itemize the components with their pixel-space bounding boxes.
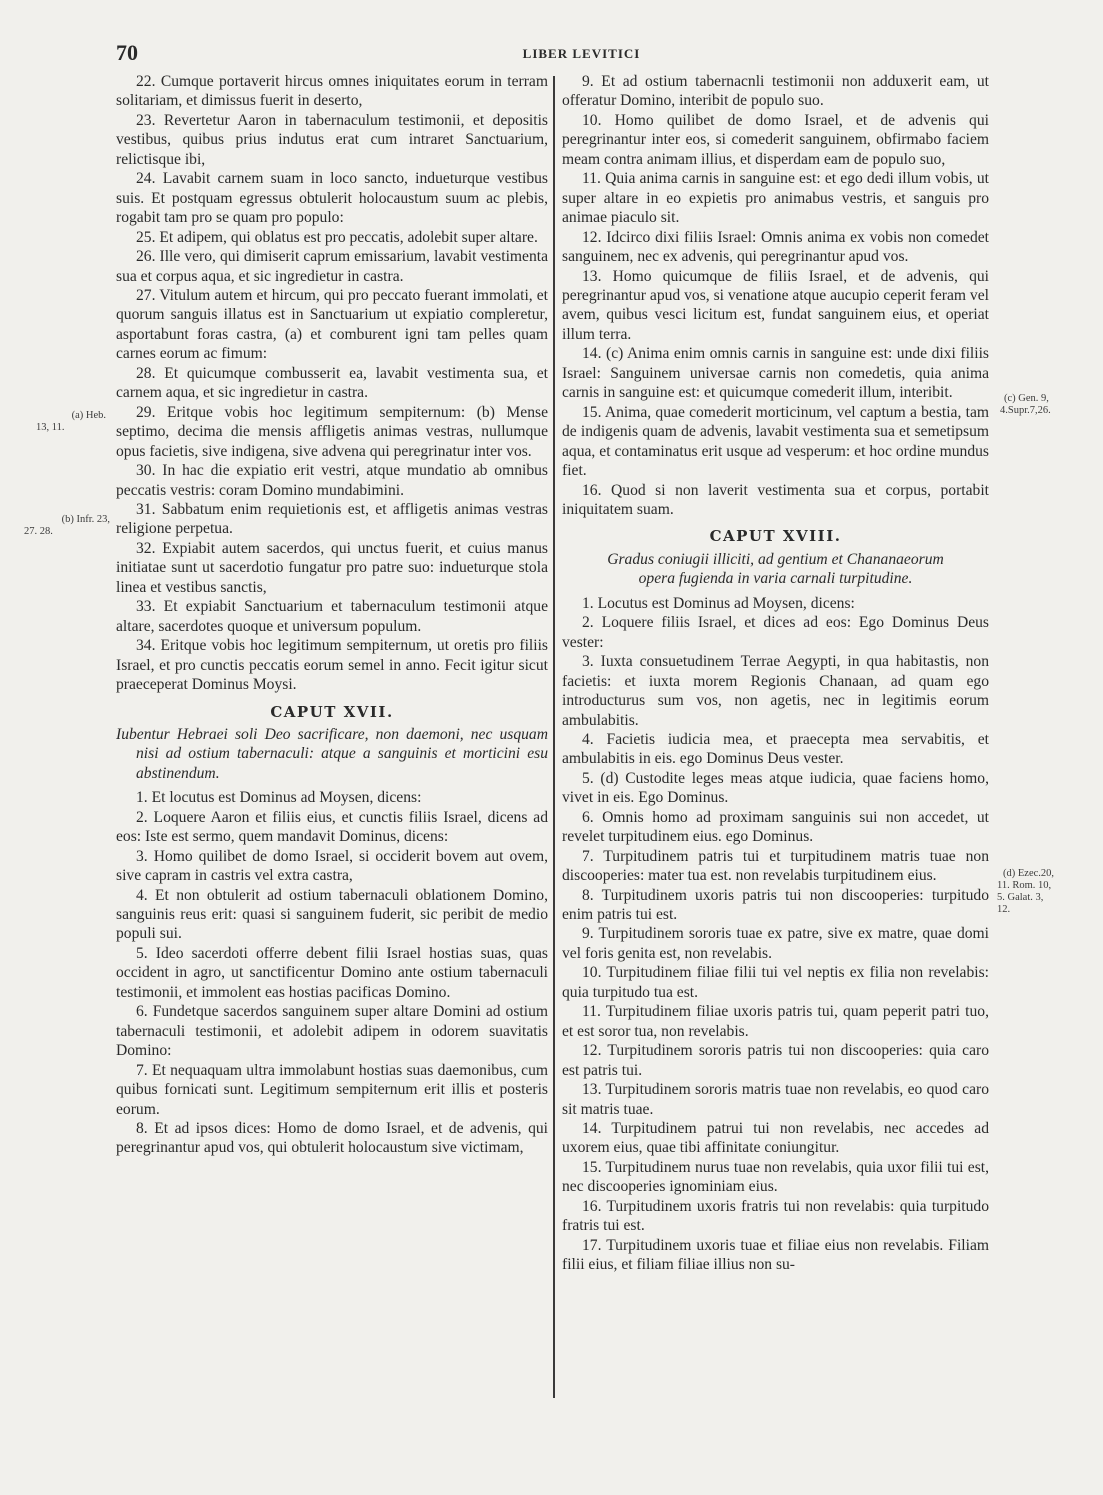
verse: 11. Quia anima carnis in sanguine est: e…: [562, 169, 989, 227]
verse: 32. Expiabit autem sacerdos, qui unctus …: [116, 539, 548, 597]
verse: 13. Homo quicumque de filiis Israel, et …: [562, 267, 989, 345]
margin-note-c: (c) Gen. 9, 4.Supr.7,26.: [1000, 393, 1100, 417]
verse: 9. Et ad ostium tabernacnli testimonii n…: [562, 72, 989, 111]
chapter-heading-xvii: CAPUT XVII.: [116, 703, 548, 722]
verse: 5. (d) Custodite leges meas atque iudici…: [562, 769, 989, 808]
verse: 16. Quod si non laverit vestimenta sua e…: [562, 481, 989, 520]
verse: 16. Turpitudinem uxoris fratris tui non …: [562, 1197, 989, 1236]
margin-note-ref: (c) Gen. 9,: [1000, 393, 1100, 405]
verse: 4. Et non obtulerit ad ostium tabernacul…: [116, 886, 548, 944]
margin-note-cont: 11. Rom. 10,: [997, 880, 1097, 892]
verse: 6. Omnis homo ad proximam sanguinis sui …: [562, 808, 989, 847]
margin-note-ref: (b) Infr. 23,: [14, 514, 110, 526]
verse: 9. Turpitudinem sororis tuae ex patre, s…: [562, 924, 989, 963]
left-verses-after: 1. Et locutus est Dominus ad Moysen, dic…: [116, 788, 548, 1158]
running-head: LIBER LEVITICI: [0, 46, 1103, 62]
margin-note-cont: 13, 11.: [20, 422, 106, 434]
verse: 33. Et expiabit Sanctuarium et tabernacu…: [116, 597, 548, 636]
chapter-heading-xviii: CAPUT XVIII.: [562, 527, 989, 546]
verse: 29. Eritque vobis hoc legitimum sempiter…: [116, 403, 548, 461]
summary-line: opera fugienda in varia carnali turpitud…: [562, 569, 989, 588]
margin-note-b: (b) Infr. 23, 27. 28.: [14, 514, 110, 538]
verse: 6. Fundetque sacerdos sanguinem super al…: [116, 1002, 548, 1060]
verse: 17. Turpitudinem uxoris tuae et filiae e…: [562, 1236, 989, 1275]
verse: 27. Vitulum autem et hircum, qui pro pec…: [116, 286, 548, 364]
verse: 8. Turpitudinem uxoris patris tui non di…: [562, 886, 989, 925]
verse: 30. In hac die expiatio erit vestri, atq…: [116, 461, 548, 500]
verse: 7. Turpitudinem patris tui et turpitudin…: [562, 847, 989, 886]
verse: 12. Turpitudinem sororis patris tui non …: [562, 1041, 989, 1080]
book-page: 70 LIBER LEVITICI 22. Cumque portaverit …: [0, 0, 1103, 1495]
margin-note-cont: 27. 28.: [14, 526, 110, 538]
verse: 14. Turpitudinem patrui tui non revelabi…: [562, 1119, 989, 1158]
verse: 12. Idcirco dixi filiis Israel: Omnis an…: [562, 228, 989, 267]
column-divider: [553, 76, 555, 1398]
margin-note-cont: 12.: [997, 904, 1097, 916]
verse: 24. Lavabit carnem suam in loco sancto, …: [116, 169, 548, 227]
margin-note-cont: 4.Supr.7,26.: [1000, 405, 1100, 417]
verse: 3. Iuxta consuetudinem Terrae Aegypti, i…: [562, 652, 989, 730]
verse: 13. Turpitudinem sororis matris tuae non…: [562, 1080, 989, 1119]
verse: 11. Turpitudinem filiae uxoris patris tu…: [562, 1002, 989, 1041]
verse: 15. Turpitudinem nurus tuae non revelabi…: [562, 1158, 989, 1197]
left-column: 22. Cumque portaverit hircus omnes iniqu…: [116, 72, 548, 1158]
verse: 1. Locutus est Dominus ad Moysen, dicens…: [562, 594, 989, 613]
summary-line: Gradus coniugii illiciti, ad gentium et …: [562, 550, 989, 569]
right-verses-before: 9. Et ad ostium tabernacnli testimonii n…: [562, 72, 989, 519]
margin-note-d: (d) Ezec.20, 11. Rom. 10, 5. Galat. 3, 1…: [997, 868, 1097, 916]
chapter-summary-xvii: Iubentur Hebraei soli Deo sacrificare, n…: [116, 725, 548, 783]
verse: 7. Et nequaquam ultra immolabunt hostias…: [116, 1061, 548, 1119]
verse: 4. Facietis iudicia mea, et praecepta me…: [562, 730, 989, 769]
verse: 10. Homo quilibet de domo Israel, et de …: [562, 111, 989, 169]
left-verses-before: 22. Cumque portaverit hircus omnes iniqu…: [116, 72, 548, 695]
verse: 3. Homo quilibet de domo Israel, si occi…: [116, 847, 548, 886]
verse: 10. Turpitudinem filiae filii tui vel ne…: [562, 963, 989, 1002]
verse: 26. Ille vero, qui dimiserit caprum emis…: [116, 247, 548, 286]
verse: 14. (c) Anima enim omnis carnis in sangu…: [562, 344, 989, 402]
verse: 5. Ideo sacerdoti offerre debent filii I…: [116, 944, 548, 1002]
verse: 8. Et ad ipsos dices: Homo de domo Israe…: [116, 1119, 548, 1158]
verse: 23. Revertetur Aaron in tabernaculum tes…: [116, 111, 548, 169]
margin-note-cont: 5. Galat. 3,: [997, 892, 1097, 904]
verse: 2. Loquere filiis Israel, et dices ad eo…: [562, 613, 989, 652]
margin-note-ref: (a) Heb.: [20, 410, 106, 422]
right-verses-after: 1. Locutus est Dominus ad Moysen, dicens…: [562, 594, 989, 1275]
margin-note-a: (a) Heb. 13, 11.: [20, 410, 106, 434]
verse: 22. Cumque portaverit hircus omnes iniqu…: [116, 72, 548, 111]
verse: 25. Et adipem, qui oblatus est pro pecca…: [116, 228, 548, 247]
right-column: 9. Et ad ostium tabernacnli testimonii n…: [562, 72, 989, 1275]
margin-note-ref: (d) Ezec.20,: [997, 868, 1097, 880]
verse: 31. Sabbatum enim requietionis est, et a…: [116, 500, 548, 539]
verse: 34. Eritque vobis hoc legitimum sempiter…: [116, 636, 548, 694]
verse: 15. Anima, quae comederit morticinum, ve…: [562, 403, 989, 481]
verse: 28. Et quicumque combusserit ea, lavabit…: [116, 364, 548, 403]
chapter-summary-xviii: Gradus coniugii illiciti, ad gentium et …: [562, 550, 989, 589]
verse: 2. Loquere Aaron et filiis eius, et cunc…: [116, 808, 548, 847]
verse: 1. Et locutus est Dominus ad Moysen, dic…: [116, 788, 548, 807]
